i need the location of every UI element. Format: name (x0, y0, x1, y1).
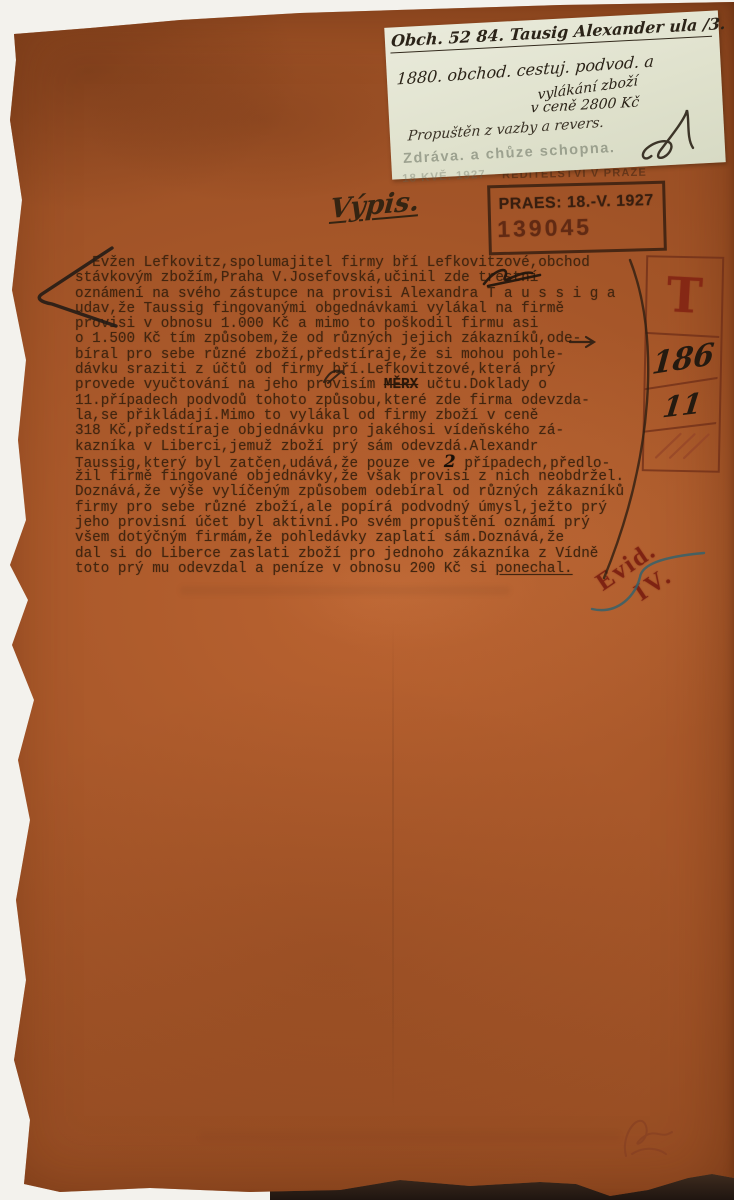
praesentatum-number: 139045 (497, 214, 592, 243)
typed-line: toto prý mu odevzdal a peníze v obnosu 2… (75, 562, 661, 577)
paper-crease (392, 620, 394, 1120)
praesentatum-stamp: PRAES: 18.-V. 1927 139045 (487, 181, 667, 256)
typed-line: 11.případech podvodů tohoto způsobu,kter… (75, 394, 661, 409)
typed-line: Evžen Lefkovitz,spolumajitel firmy bří L… (75, 256, 661, 271)
ink-arrow-mark (568, 334, 602, 350)
health-stamp-text: Zdráva. a chůze schopna. (403, 140, 616, 167)
typed-line: la,se přikládají.Mimo to vylákal od firm… (75, 409, 661, 424)
typed-line: Taussig,který byl zatčen,udává,že pouze … (75, 455, 661, 470)
marked-word: ponechal. (495, 561, 572, 577)
typed-line: bíral pro sebe různé zboží,předstíraje,ž… (75, 348, 661, 363)
blue-pen-flourish (586, 545, 710, 617)
marked-word: MĚRX (384, 377, 418, 393)
typed-line: udav,že Taussig fingovanými obgednávkami… (75, 302, 661, 317)
typed-line: Doznává,že výše vylíčeným způsobem odebí… (75, 485, 661, 500)
ink-bleedthrough-smudge (180, 586, 510, 595)
pencil-initials (614, 1098, 686, 1168)
praesentatum-date: PRAES: 18.-V. 1927 (498, 192, 654, 214)
scanned-document-page: { "document": { "archive_label": { "line… (0, 0, 734, 1200)
typed-line: oznámení na svého zástupce na provisi Al… (75, 287, 661, 302)
ink-bracket-stroke (590, 252, 662, 586)
typed-line: dal si do Liberce zaslati zboží pro jedn… (75, 547, 661, 562)
typed-line: kazníka v Liberci,jemuž zboží prý sám od… (75, 440, 661, 455)
typed-line: 318 Kč,předstíraje objednávku pro jakého… (75, 424, 661, 439)
ink-scribble-correction (478, 264, 550, 292)
ink-check-mark (28, 242, 120, 342)
typed-line: firmy pro sebe různé zboží,ale popírá po… (75, 501, 661, 516)
signature-initials (635, 102, 722, 168)
typed-line: stávkovým zbožím,Praha V.Josefovská,učin… (75, 271, 661, 286)
ink-bleedthrough-smudge (200, 1132, 620, 1141)
archive-label: Obch. 52 84. Tausig Alexander ula /3. 18… (384, 10, 725, 179)
label-release-line: Propuštěn z vazby a revers. (407, 115, 604, 145)
typed-paragraph: Evžen Lefkovitz,spolumajitel firmy bří L… (75, 256, 661, 577)
typed-line: provede vyučtování na jeho provisím MĚRX… (75, 378, 661, 393)
ink-small-correction (320, 366, 350, 386)
typed-line: všem dotýčným firmám,že pohledávky zapla… (75, 531, 661, 546)
